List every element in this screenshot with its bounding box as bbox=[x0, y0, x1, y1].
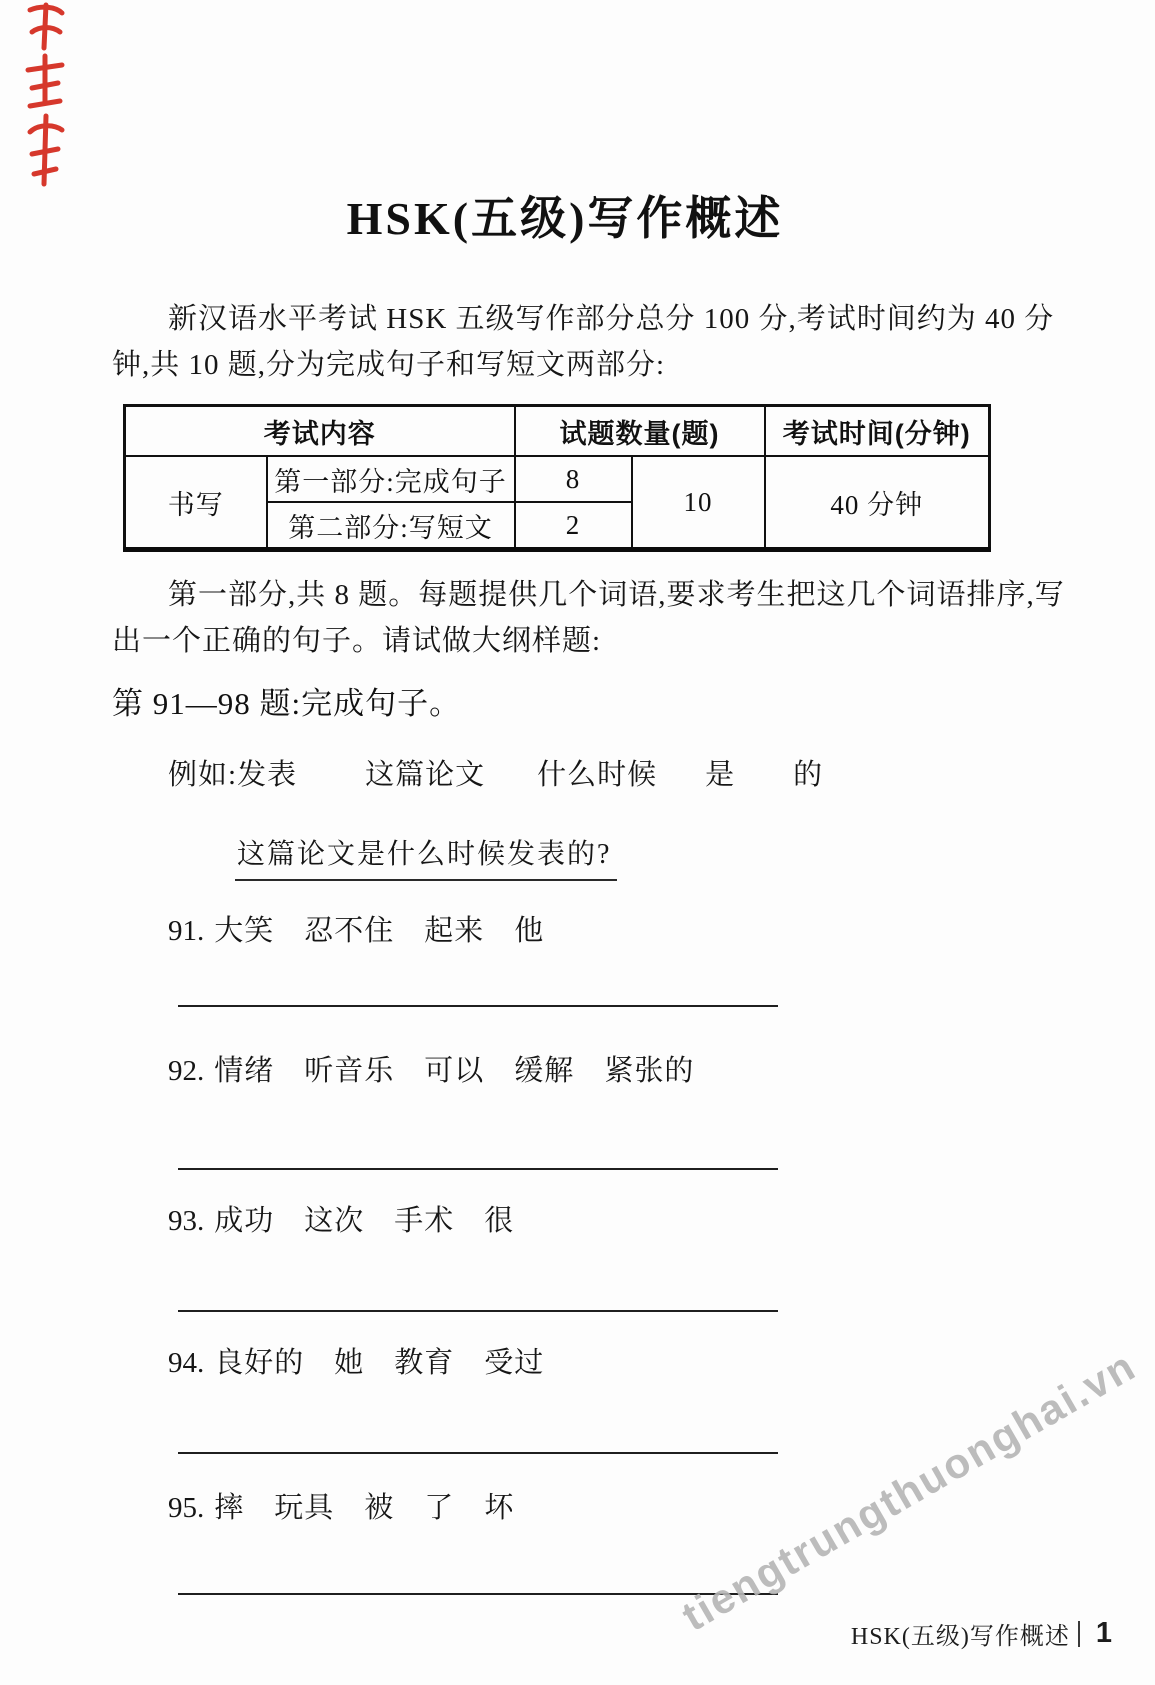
header-question-count: 试题数量(题) bbox=[515, 406, 765, 457]
question-number: 94. bbox=[168, 1347, 204, 1380]
cell-time: 40 分钟 bbox=[765, 456, 990, 550]
intro-line-1: 新汉语水平考试 HSK 五级写作部分总分 100 分,考试时间约为 40 分 bbox=[168, 296, 1054, 337]
question-word: 紧张的 bbox=[604, 1048, 694, 1089]
question-word: 被 bbox=[364, 1485, 394, 1526]
question-word: 良好的 bbox=[214, 1340, 304, 1381]
example-word: 发表 bbox=[237, 752, 297, 793]
example-word: 的 bbox=[793, 752, 823, 793]
cell-part2-label: 第二部分:写短文 bbox=[267, 502, 515, 550]
question-94: 94. 良好的 她 教育 受过 bbox=[168, 1340, 544, 1381]
question-word: 摔 bbox=[214, 1485, 244, 1526]
answer-blank-line bbox=[178, 1310, 778, 1312]
table-header-row: 考试内容 试题数量(题) 考试时间(分钟) bbox=[125, 406, 990, 457]
question-word: 缓解 bbox=[514, 1048, 574, 1089]
question-word: 可以 bbox=[424, 1048, 484, 1089]
red-margin-marks bbox=[22, 2, 68, 197]
question-word: 了 bbox=[424, 1485, 454, 1526]
page-title: HSK(五级)写作概述 bbox=[0, 182, 1130, 248]
para2-line-1: 第一部分,共 8 题。每题提供几个词语,要求考生把这几个词语排序,写 bbox=[168, 572, 1065, 613]
cell-part1-label: 第一部分:完成句子 bbox=[267, 456, 515, 502]
question-word: 大笑 bbox=[214, 908, 274, 949]
cell-part1-count: 8 bbox=[515, 456, 632, 502]
answer-blank-line bbox=[178, 1452, 778, 1454]
question-number: 91. bbox=[168, 915, 204, 948]
watermark: tiengtrungthuonghai.vn bbox=[674, 1342, 1144, 1641]
page-footer: HSK(五级)写作概述 1 bbox=[851, 1616, 1113, 1651]
header-exam-content: 考试内容 bbox=[125, 406, 515, 457]
para2-line-2: 出一个正确的句子。请试做大纲样题: bbox=[112, 618, 601, 659]
question-word: 忍不住 bbox=[304, 908, 394, 949]
question-word: 她 bbox=[334, 1340, 364, 1381]
question-number: 95. bbox=[168, 1492, 204, 1525]
page-number: 1 bbox=[1096, 1617, 1113, 1650]
question-word: 听音乐 bbox=[304, 1048, 394, 1089]
question-word: 起来 bbox=[424, 908, 484, 949]
question-93: 93. 成功 这次 手术 很 bbox=[168, 1198, 514, 1239]
example-word: 这篇论文 bbox=[365, 752, 485, 793]
intro-line-2: 钟,共 10 题,分为完成句子和写短文两部分: bbox=[112, 342, 665, 383]
example-word: 是 bbox=[705, 752, 735, 793]
example-prefix: 例如: bbox=[168, 752, 237, 793]
question-number: 92. bbox=[168, 1055, 204, 1088]
question-word: 他 bbox=[514, 908, 544, 949]
footer-divider bbox=[1078, 1621, 1080, 1647]
question-word: 这次 bbox=[304, 1198, 364, 1239]
cell-part2-count: 2 bbox=[515, 502, 632, 550]
question-word: 手术 bbox=[394, 1198, 454, 1239]
cell-section-writing: 书写 bbox=[125, 456, 267, 550]
question-91: 91. 大笑 忍不住 起来 他 bbox=[168, 908, 544, 949]
question-word: 情绪 bbox=[214, 1048, 274, 1089]
question-number: 93. bbox=[168, 1205, 204, 1238]
example-word: 什么时候 bbox=[537, 752, 657, 793]
example-line: 例如:发表 这篇论文 什么时候 是 的 bbox=[168, 752, 823, 793]
red-scribble-icon bbox=[22, 2, 68, 192]
question-95: 95. 摔 玩具 被 了 坏 bbox=[168, 1485, 514, 1526]
header-exam-time: 考试时间(分钟) bbox=[765, 406, 990, 457]
section-heading: 第 91—98 题:完成句子。 bbox=[112, 678, 461, 723]
question-word: 坏 bbox=[484, 1485, 514, 1526]
question-word: 很 bbox=[484, 1198, 514, 1239]
question-word: 玩具 bbox=[274, 1485, 334, 1526]
cell-total-count: 10 bbox=[632, 456, 765, 550]
answer-blank-line bbox=[178, 1168, 778, 1170]
question-word: 教育 bbox=[394, 1340, 454, 1381]
exam-overview-table: 考试内容 试题数量(题) 考试时间(分钟) 书写 第一部分:完成句子 8 10 … bbox=[123, 404, 991, 552]
example-answer: 这篇论文是什么时候发表的? bbox=[235, 832, 617, 881]
table-row: 书写 第一部分:完成句子 8 10 40 分钟 bbox=[125, 456, 990, 502]
answer-blank-line bbox=[178, 1005, 778, 1007]
question-92: 92. 情绪 听音乐 可以 缓解 紧张的 bbox=[168, 1048, 694, 1089]
footer-title: HSK(五级)写作概述 bbox=[851, 1616, 1070, 1651]
question-word: 受过 bbox=[484, 1340, 544, 1381]
question-word: 成功 bbox=[214, 1198, 274, 1239]
